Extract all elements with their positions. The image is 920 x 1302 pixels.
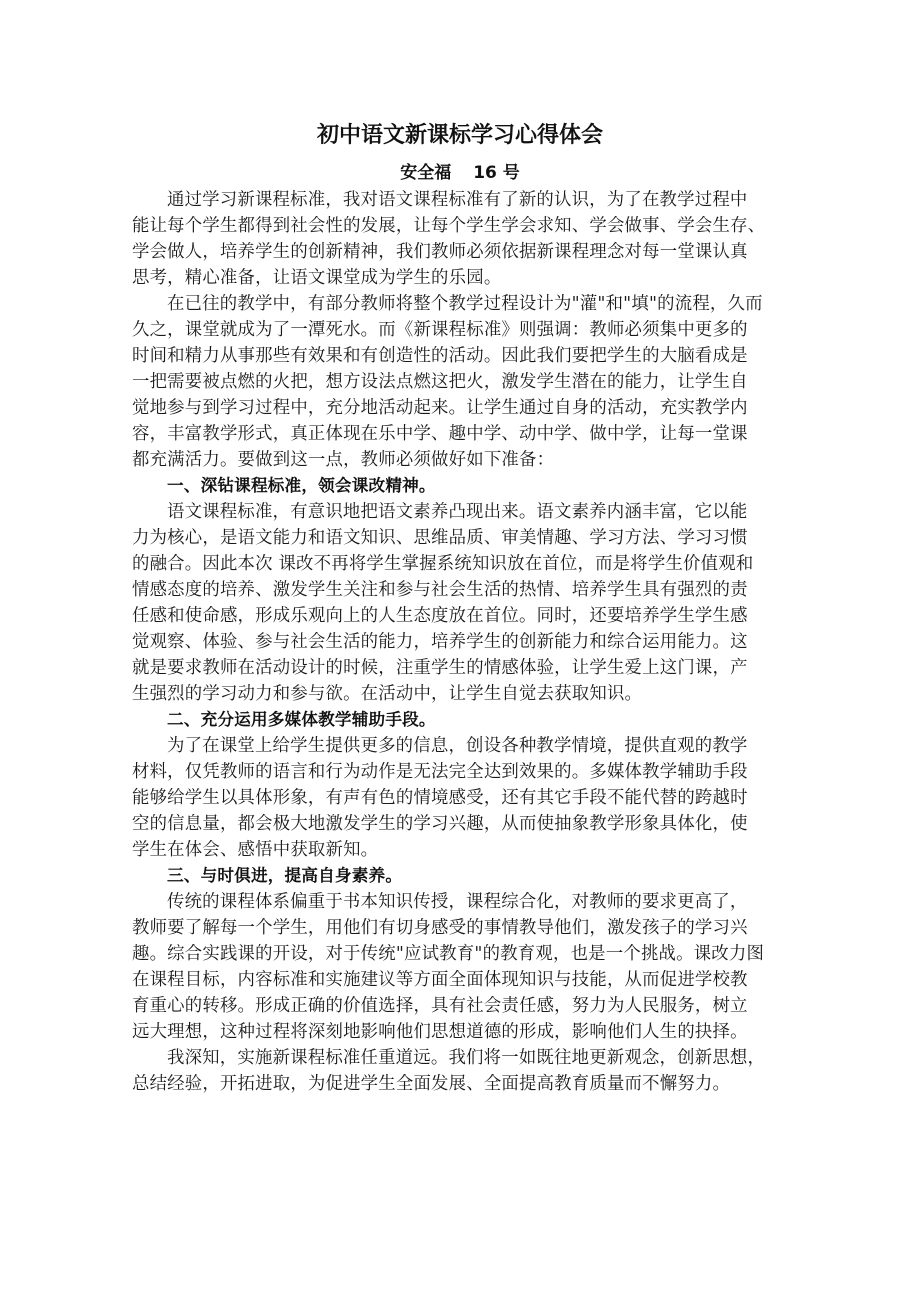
section-heading: 三、与时俱进，提高自身素养。 [132, 863, 792, 889]
text-line: 语文课程标准，有意识地把语文素养凸现出来。语文素养内涵丰富，它以能 [132, 499, 792, 525]
text-line: 我深知，实施新课程标准任重道远。我们将一如既往地更新观念，创新思想， [132, 1045, 792, 1071]
author-number: 16 号 [473, 163, 520, 183]
text-line: 一把需要被点燃的火把，想方设法点燃这把火，激发学生潜在的能力，让学生自 [132, 369, 792, 395]
text-line: 总结经验，开拓进取，为促进学生全面发展、全面提高教育质量而不懈努力。 [132, 1071, 792, 1097]
text-line: 为了在课堂上给学生提供更多的信息，创设各种教学情境，提供直观的教学 [132, 733, 792, 759]
text-line: 趣。综合实践课的开设，对于传统"应试教育"的教育观，也是一个挑战。课改力图 [132, 941, 792, 967]
author-line: 安全福16 号 [0, 158, 920, 183]
author-name: 安全福 [400, 163, 451, 183]
text-line: 通过学习新课程标准，我对语文课程标准有了新的认识，为了在教学过程中 [132, 187, 792, 213]
text-line: 的融合。因此本次 课改不再将学生掌握系统知识放在首位，而是将学生价值观和 [132, 551, 792, 577]
text-line: 都充满活力。要做到这一点，教师必须做好如下准备： [132, 447, 792, 473]
text-line: 情感态度的培养、激发学生关注和参与社会生活的热情、培养学生具有强烈的责 [132, 577, 792, 603]
text-line: 觉地参与到学习过程中，充分地活动起来。让学生通过自身的活动，充实教学内 [132, 395, 792, 421]
text-line: 学会做人，培养学生的创新精神，我们教师必须依据新课程理念对每一堂课认真 [132, 239, 792, 265]
section-heading: 二、充分运用多媒体教学辅助手段。 [132, 707, 792, 733]
section-heading: 一、深钻课程标准，领会课改精神。 [132, 473, 792, 499]
text-line: 传统的课程体系偏重于书本知识传授，课程综合化，对教师的要求更高了， [132, 889, 792, 915]
text-line: 在已往的教学中，有部分教师将整个教学过程设计为"灌"和"填"的流程，久而 [132, 291, 792, 317]
text-line: 育重心的转移。形成正确的价值选择，具有社会责任感，努力为人民服务，树立 [132, 993, 792, 1019]
text-line: 就是要求教师在活动设计的时候，注重学生的情感体验，让学生爱上这门课，产 [132, 655, 792, 681]
text-line: 任感和使命感，形成乐观向上的人生态度放在首位。同时，还要培养学生学生感 [132, 603, 792, 629]
text-line: 生强烈的学习动力和参与欲。在活动中，让学生自觉去获取知识。 [132, 681, 792, 707]
text-line: 容，丰富教学形式，真正体现在乐中学、趣中学、动中学、做中学，让每一堂课 [132, 421, 792, 447]
text-line: 材料，仅凭教师的语言和行为动作是无法完全达到效果的。多媒体教学辅助手段 [132, 759, 792, 785]
text-line: 能够给学生以具体形象，有声有色的情境感受，还有其它手段不能代替的跨越时 [132, 785, 792, 811]
text-line: 学生在体会、感悟中获取新知。 [132, 837, 792, 863]
text-line: 力为核心，是语文能力和语文知识、思维品质、审美情趣、学习方法、学习习惯 [132, 525, 792, 551]
text-line: 在课程目标，内容标准和实施建议等方面全面体现知识与技能，从而促进学校教 [132, 967, 792, 993]
text-line: 时间和精力从事那些有效果和有创造性的活动。因此我们要把学生的大脑看成是 [132, 343, 792, 369]
text-line: 思考，精心准备，让语文课堂成为学生的乐园。 [132, 265, 792, 291]
text-line: 久之，课堂就成为了一潭死水。而《新课程标准》则强调：教师必须集中更多的 [132, 317, 792, 343]
document-title: 初中语文新课标学习心得体会 [0, 118, 920, 149]
text-line: 觉观察、体验、参与社会生活的能力，培养学生的创新能力和综合运用能力。这 [132, 629, 792, 655]
text-line: 能让每个学生都得到社会性的发展，让每个学生学会求知、学会做事、学会生存、 [132, 213, 792, 239]
text-line: 教师要了解每一个学生，用他们有切身感受的事情教导他们，激发孩子的学习兴 [132, 915, 792, 941]
document-page: 初中语文新课标学习心得体会 安全福16 号 通过学习新课程标准，我对语文课程标准… [0, 0, 920, 1302]
document-body: 通过学习新课程标准，我对语文课程标准有了新的认识，为了在教学过程中能让每个学生都… [132, 187, 792, 1097]
text-line: 远大理想，这种过程将深刻地影响他们思想道德的形成，影响他们人生的抉择。 [132, 1019, 792, 1045]
text-line: 空的信息量，都会极大地激发学生的学习兴趣，从而使抽象教学形象具体化，使 [132, 811, 792, 837]
